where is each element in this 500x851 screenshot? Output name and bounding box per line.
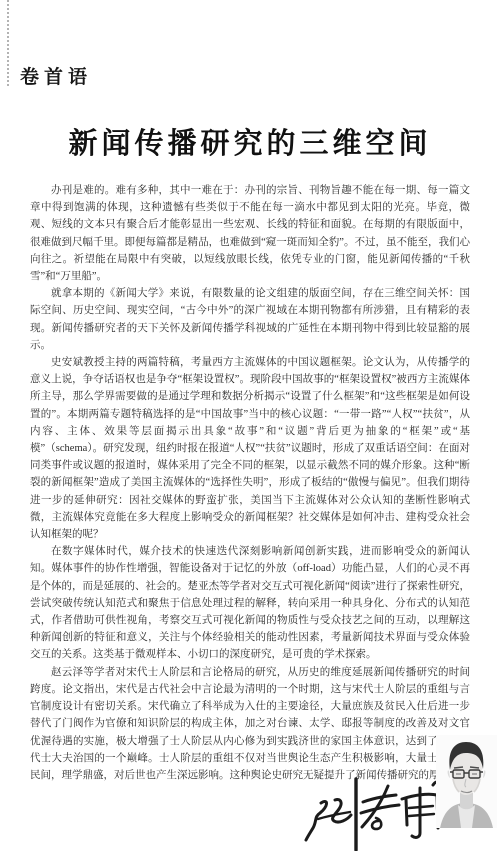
journal-foreword-page: 卷首语 新闻传播研究的三维空间 办刊是难的。难有多种，其中一难在于：办刊的宗旨、… <box>0 0 500 851</box>
author-signature-handwriting <box>296 766 448 851</box>
page-title: 新闻传播研究的三维空间 <box>0 121 500 162</box>
paragraph-3: 史安斌教授主持的两篇特稿，考量西方主流媒体的中国议题框架。论文认为，从传播学的意… <box>30 354 470 543</box>
left-dotted-rule <box>7 0 9 86</box>
paragraph-4: 在数字媒体时代，媒介技术的快速迭代深刻影响新闻创新实践，进而影响受众的新闻认知。… <box>30 543 470 663</box>
section-label: 卷首语 <box>20 62 92 89</box>
paragraph-1: 办刊是难的。难有多种，其中一难在于：办刊的宗旨、刊物旨趣不能在每一期、每一篇文章… <box>30 182 470 285</box>
article-body: 办刊是难的。难有多种，其中一难在于：办刊的宗旨、刊物旨趣不能在每一期、每一篇文章… <box>30 182 470 784</box>
paragraph-2: 就拿本期的《新闻大学》来说，有限数量的论文组建的版面空间，存在三维空间关怀：国际… <box>30 285 470 354</box>
author-portrait-photo <box>436 735 497 828</box>
